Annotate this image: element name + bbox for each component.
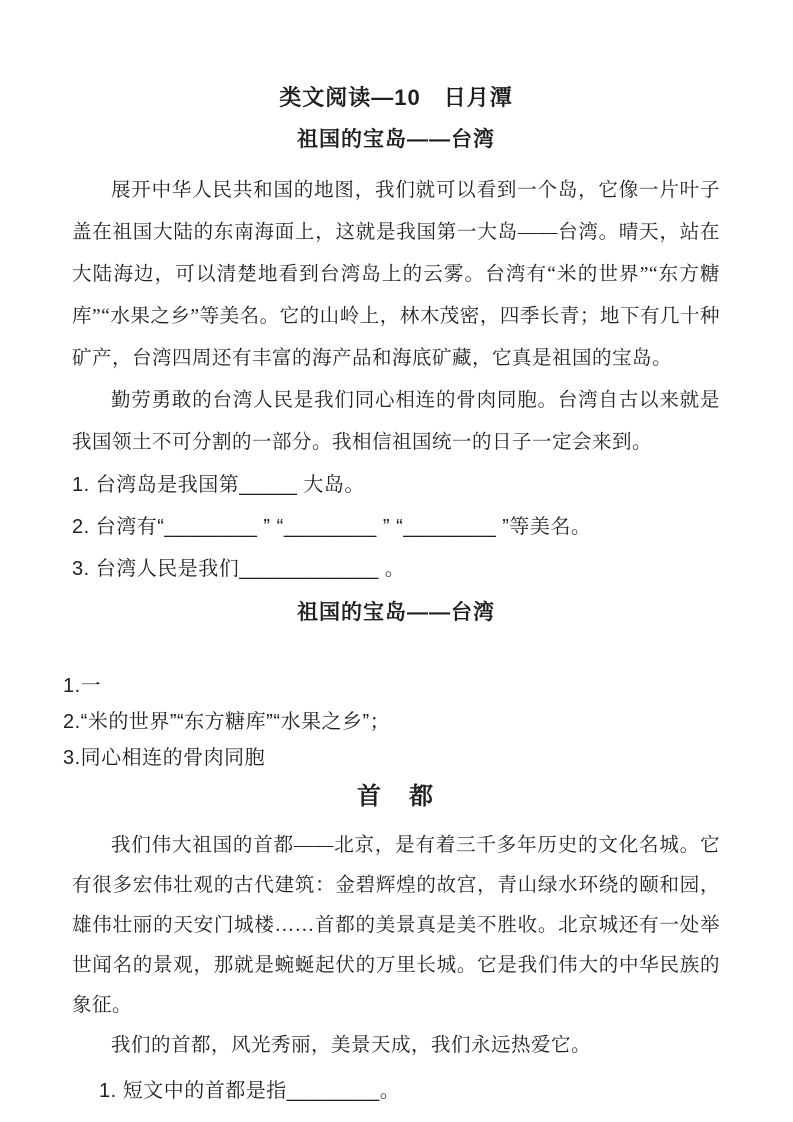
reading2-paragraph-1: 我们伟大祖国的首都——北京，是有着三千多年历史的文化名城。它有很多宏伟壮观的古代… [72,826,720,1026]
answer-item-1: 1.一 [63,668,720,704]
answer-list: 1.一 2.“米的世界”“东方糖库”“水果之乡”； 3.同心相连的骨肉同胞 [72,668,720,776]
answer-item-2: 2.“米的世界”“东方糖库”“水果之乡”； [63,704,720,740]
answer-section-heading: 祖国的宝岛——台湾 [72,598,720,628]
reading1-question-1: 1. 台湾岛是我国第_____ 大岛。 [72,464,720,506]
reading2-heading: 首 都 [72,782,720,812]
reading1-question-3: 3. 台湾人民是我们____________ 。 [72,548,720,590]
reading1-paragraph-1: 展开中华人民共和国的地图，我们就可以看到一个岛，它像一片叶子盖在祖国大陆的东南海… [72,170,720,380]
reading2-paragraph-2: 我们的首都，风光秀丽，美景天成，我们永远热爱它。 [72,1026,720,1066]
answer-item-3: 3.同心相连的骨肉同胞 [63,740,720,776]
worksheet-page: 类文阅读—10 日月潭 祖国的宝岛——台湾 展开中华人民共和国的地图，我们就可以… [0,0,793,1122]
reading1-paragraph-2: 勤劳勇敢的台湾人民是我们同心相连的骨肉同胞。台湾自古以来就是我国领土不可分割的一… [72,380,720,464]
reading1-question-2: 2. 台湾有“________ ” “________ ” “________ … [72,506,720,548]
page-title: 类文阅读—10 日月潭 [72,85,720,111]
reading1-heading: 祖国的宝岛——台湾 [72,127,720,153]
reading2-question-1: 1. 短文中的首都是指________。 [72,1076,720,1106]
